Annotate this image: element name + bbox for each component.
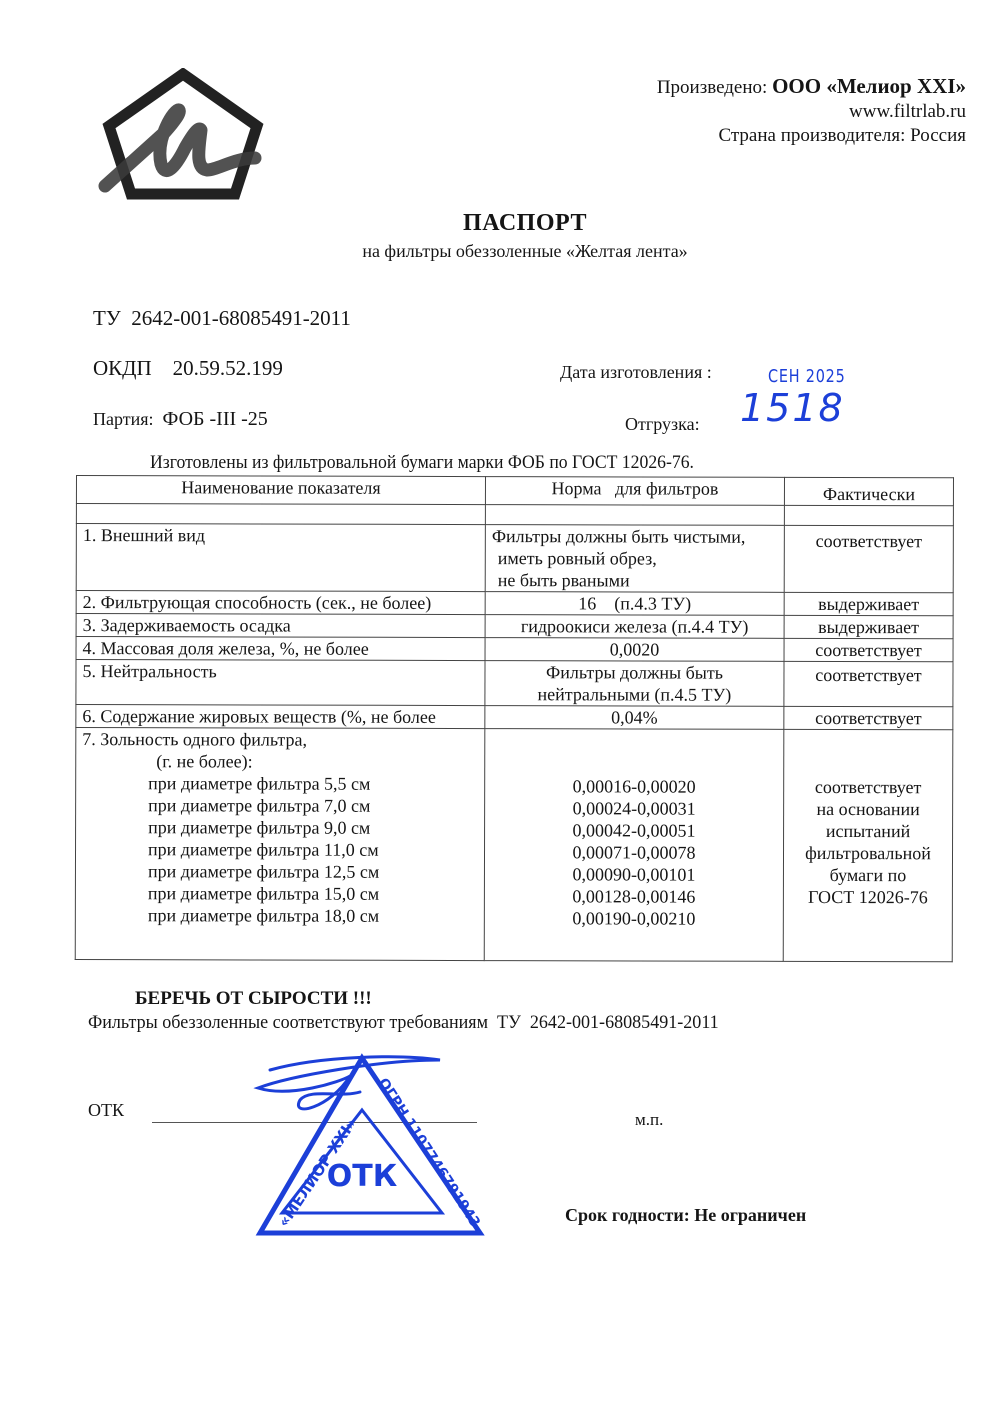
norm-line: иметь ровный обрез, bbox=[492, 547, 778, 570]
row-actual: соответствует bbox=[784, 525, 953, 592]
row-name: 2. Фильтрующая способность (сек., не бол… bbox=[76, 591, 485, 615]
moisture-warning: БЕРЕЧЬ ОТ СЫРОСТИ !!! bbox=[135, 988, 372, 1010]
document-title-block: ПАСПОРТ на фильтры обеззоленные «Желтая … bbox=[0, 210, 1000, 262]
diameter-norm: 0,00190-0,00210 bbox=[491, 907, 777, 930]
producer-name: ООО «Мелиор XXI» bbox=[772, 74, 966, 98]
diameter-norm: 0,00071-0,00078 bbox=[491, 841, 777, 864]
actual-line: на основании bbox=[790, 798, 946, 820]
diameter-norm: 0,00042-0,00051 bbox=[491, 819, 777, 842]
table-row: 1. Внешний вид Фильтры должны быть чисты… bbox=[76, 524, 953, 593]
norm-line: не быть рваными bbox=[492, 569, 778, 592]
row-name: 4. Массовая доля железа, %, не более bbox=[76, 637, 485, 661]
table-header-row: Наименование показателя Норма для фильтр… bbox=[76, 476, 953, 506]
row-actual: выдерживает bbox=[784, 615, 953, 638]
table-row: 2. Фильтрующая способность (сек., не бол… bbox=[76, 591, 953, 616]
otk-stamp-icon: ОТК «МЕЛИОР XXI» ОГРН 1107746791943 bbox=[230, 1048, 490, 1243]
producer-info: Произведено: ООО «Мелиор XXI» www.filtrl… bbox=[657, 74, 966, 148]
table-row: 5. Нейтральность Фильтры должны быть ней… bbox=[76, 660, 953, 707]
tu-value: 2642-001-68085491-2011 bbox=[131, 306, 351, 330]
actual-line: ГОСТ 12026-76 bbox=[790, 886, 946, 908]
producer-line: Произведено: ООО «Мелиор XXI» bbox=[657, 74, 966, 100]
batch-field: Партия: ФОБ -III -25 bbox=[93, 408, 268, 431]
diameter-label: при диаметре фильтра 15,0 см bbox=[82, 882, 478, 905]
row-name: 5. Нейтральность bbox=[76, 660, 485, 706]
table-row: 3. Задерживаемость осадка гидроокиси жел… bbox=[76, 614, 953, 639]
row-name: 1. Внешний вид bbox=[76, 524, 485, 592]
batch-value: ФОБ -III -25 bbox=[163, 408, 268, 430]
diameter-norm: 0,00090-0,00101 bbox=[491, 863, 777, 886]
tu-field: ТУ 2642-001-68085491-2011 bbox=[93, 306, 351, 331]
stamp-center-text: ОТК bbox=[327, 1159, 398, 1194]
diameter-label: при диаметре фильтра 11,0 см bbox=[82, 838, 478, 861]
shipment-label: Отгрузка: bbox=[625, 414, 700, 435]
seal-place-label: м.п. bbox=[635, 1110, 663, 1130]
tu-label: ТУ bbox=[93, 306, 121, 330]
website: www.filtrlab.ru bbox=[657, 100, 966, 124]
actual-line: фильтровальной bbox=[790, 842, 946, 864]
diameter-norm: 0,00024-0,00031 bbox=[491, 797, 777, 820]
okdp-field: ОКДП 20.59.52.199 bbox=[93, 356, 283, 381]
shipment-handwritten-value: 1518 bbox=[740, 386, 845, 430]
header-actual: Фактически bbox=[784, 477, 953, 505]
manufacture-date-stamp: СЕН 2025 bbox=[768, 366, 846, 387]
row-actual: соответствует bbox=[784, 661, 953, 706]
manufacture-date-label: Дата изготовления : bbox=[560, 362, 712, 383]
table-spacer-row bbox=[76, 504, 953, 526]
row-norm: 0,04% bbox=[485, 706, 784, 730]
norm-line: Фильтры должны быть bbox=[491, 661, 777, 684]
diameter-norm: 0,00016-0,00020 bbox=[491, 775, 777, 798]
header-indicator: Наименование показателя bbox=[76, 476, 485, 505]
actual-line: бумаги по bbox=[790, 864, 946, 886]
document-title: ПАСПОРТ bbox=[0, 210, 1000, 237]
row-norm: 0,00016-0,00020 0,00024-0,00031 0,00042-… bbox=[484, 729, 784, 962]
header-norm: Норма для фильтров bbox=[485, 477, 784, 506]
row-norm: гидроокиси железа (п.4.4 ТУ) bbox=[485, 615, 784, 639]
table-caption: Изготовлены из фильтровальной бумаги мар… bbox=[150, 452, 694, 474]
country-label: Страна производителя: bbox=[718, 125, 905, 146]
ash-title: 7. Зольность одного фильтра, bbox=[82, 728, 478, 751]
country-value: Россия bbox=[910, 125, 966, 146]
table-row: 4. Массовая доля железа, %, не более 0,0… bbox=[76, 637, 953, 662]
diameter-label: при диаметре фильтра 5,5 см bbox=[82, 772, 478, 795]
table-row: 6. Содержание жировых веществ (%, не бол… bbox=[76, 705, 953, 730]
diameter-label: при диаметре фильтра 18,0 см bbox=[82, 904, 478, 927]
company-logo bbox=[95, 68, 270, 203]
document-subtitle: на фильтры обеззоленные «Желтая лента» bbox=[0, 241, 1000, 262]
actual-line: испытаний bbox=[790, 820, 946, 842]
row-actual: соответствует bbox=[784, 706, 953, 729]
diameter-label: при диаметре фильтра 12,5 см bbox=[82, 860, 478, 883]
row-norm: Фильтры должны быть чистыми, иметь ровны… bbox=[485, 525, 784, 593]
norm-line: нейтральными (п.4.5 ТУ) bbox=[491, 683, 777, 706]
row-actual: выдерживает bbox=[784, 592, 953, 615]
shelf-life: Срок годности: Не ограничен bbox=[565, 1205, 806, 1226]
row-name: 6. Содержание жировых веществ (%, не бол… bbox=[76, 705, 485, 729]
specification-table: Наименование показателя Норма для фильтр… bbox=[75, 475, 954, 962]
row-name: 3. Задерживаемость осадка bbox=[76, 614, 485, 638]
okdp-value: 20.59.52.199 bbox=[173, 356, 283, 380]
diameter-norm: 0,00128-0,00146 bbox=[491, 885, 777, 908]
stamp-right-text: ОГРН 1107746791943 bbox=[375, 1075, 483, 1230]
country-line: Страна производителя: Россия bbox=[657, 124, 966, 148]
producer-label: Произведено: bbox=[657, 77, 767, 98]
row-actual: соответствует bbox=[784, 638, 953, 661]
row-norm: 0,0020 bbox=[485, 638, 784, 662]
norm-line: Фильтры должны быть чистыми, bbox=[492, 525, 778, 548]
pentagon-logo-icon bbox=[95, 68, 270, 203]
otk-label: ОТК bbox=[88, 1100, 124, 1121]
diameter-label: при диаметре фильтра 7,0 см bbox=[82, 794, 478, 817]
row-actual: соответствует на основании испытаний фил… bbox=[783, 729, 953, 961]
batch-label: Партия: bbox=[93, 409, 154, 429]
okdp-label: ОКДП bbox=[93, 356, 152, 380]
otk-stamp: ОТК «МЕЛИОР XXI» ОГРН 1107746791943 bbox=[230, 1048, 490, 1243]
diameter-label: при диаметре фильтра 9,0 см bbox=[82, 816, 478, 839]
ash-subtitle: (г. не более): bbox=[82, 750, 478, 773]
actual-line: соответствует bbox=[790, 776, 946, 798]
row-norm: Фильтры должны быть нейтральными (п.4.5 … bbox=[485, 661, 784, 707]
row-name: 7. Зольность одного фильтра, (г. не боле… bbox=[75, 728, 485, 961]
table-row: 7. Зольность одного фильтра, (г. не боле… bbox=[75, 728, 953, 962]
compliance-statement: Фильтры обеззоленные соответствуют требо… bbox=[88, 1012, 719, 1034]
row-norm: 16 (п.4.3 ТУ) bbox=[485, 592, 784, 616]
